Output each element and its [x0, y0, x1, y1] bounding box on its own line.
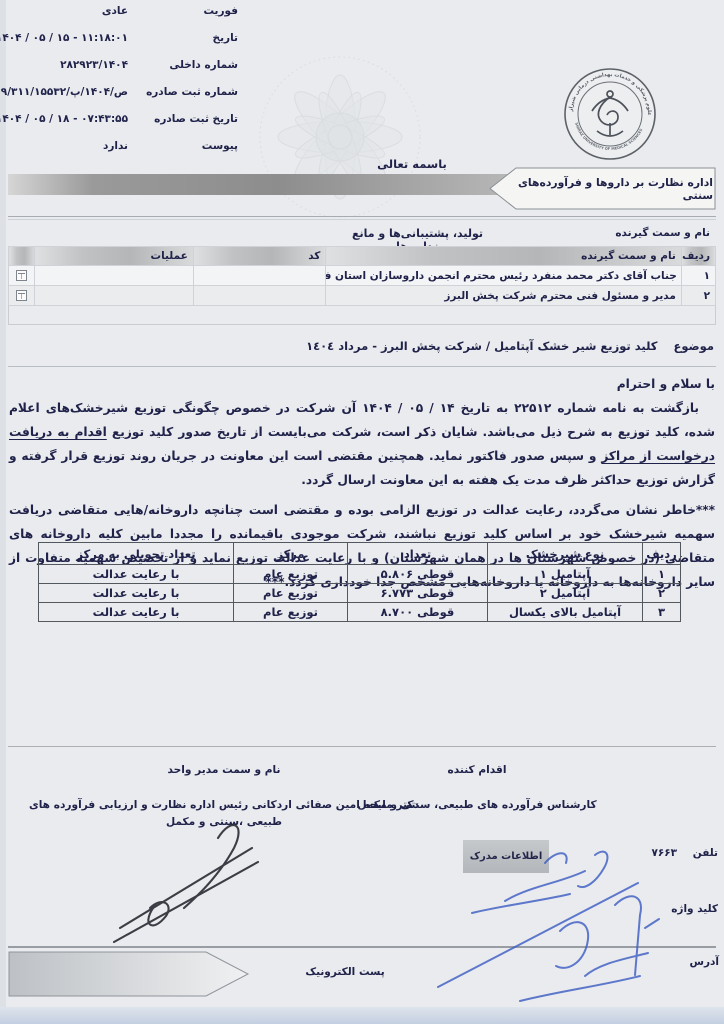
recipient-actions: [35, 266, 194, 286]
flower-watermark: [225, 45, 455, 230]
recipient-code: [193, 286, 326, 306]
meta-date: تاریخ ۱۴۰۴ / ۰۵ / ۱۵ - ۱۱:۱۸:۰۱: [0, 32, 238, 44]
center: توزیع عام: [234, 584, 348, 603]
address-label: آدرس: [689, 956, 719, 968]
distribution-row: ۳ آپتامیل بالای یکسال ۸.۷۰۰ قوطی توزیع ع…: [39, 603, 681, 622]
distribution-table-header: ردیف نوع شیرخشک تعداد مرکز تعداد تحویلی …: [39, 543, 681, 565]
meta-internal-number: شماره داخلی ۲۸۲۹۲۳/۱۴۰۴: [0, 59, 238, 71]
col-header-actions: عملیات: [35, 247, 194, 266]
recipient-name: جناب آقای دکتر محمد منفرد رئیس محترم انج…: [326, 266, 682, 286]
delivered: با رعایت عدالت: [39, 565, 234, 584]
row-detail-icon[interactable]: [16, 270, 27, 281]
recipient-code: [193, 266, 326, 286]
meta-value: ص/۱۴۰۴/پ/۹/۳۱۱/۱۵۵۳۲: [1, 86, 128, 98]
row-number: ۳: [643, 603, 681, 622]
delivered: با رعایت عدالت: [39, 603, 234, 622]
subject-text: کلید توزیع شیر خشک آپتامیل / شرکت پخش ال…: [306, 339, 657, 353]
meta-outgoing-date: تاریخ ثبت صادره ۱۴۰۴ / ۰۵ / ۱۸ - ۰۷:۴۳:۵…: [0, 113, 238, 125]
university-logo: دانشگاه علوم پزشکی و خدمات بهداشتی درمان…: [562, 66, 658, 162]
meta-value: ۱۴۰۴ / ۰۵ / ۱۵ - ۱۱:۱۸:۰۱: [0, 32, 128, 44]
subject-line: موضوع کلید توزیع شیر خشک آپتامیل / شرکت …: [306, 339, 714, 353]
center: توزیع عام: [234, 603, 348, 622]
delivered: با رعایت عدالت: [39, 584, 234, 603]
recipient-section-label: نام و سمت گیرنده: [615, 227, 710, 239]
recipient-name: مدیر و مسئول فنی محترم شرکت پخش البرز: [326, 286, 682, 306]
meta-label: پیوست: [144, 140, 238, 152]
recipient-actions: [35, 286, 194, 306]
col-header-delivered: تعداد تحویلی به مرکز: [39, 543, 234, 565]
handwritten-blue-note: [420, 843, 672, 1011]
meta-label: شماره داخلی: [144, 59, 238, 71]
row-detail-icon[interactable]: [16, 290, 27, 301]
quantity: ۶.۷۷۳ قوطی: [381, 586, 455, 600]
quantity: ۵.۸۰۶ قوطی: [381, 567, 455, 581]
meta-label: شماره ثبت صادره: [144, 86, 238, 98]
center: توزیع عام: [234, 565, 348, 584]
email-label: پست الکترونیک: [283, 966, 407, 978]
meta-priority: فوریت عادی: [0, 5, 238, 17]
recipients-table-header: ردیف نام و سمت گیرنده کد عملیات: [9, 247, 716, 266]
paragraph-1-text: بازگشت به نامه شماره ۲۲۵۱۲ به تاریخ ۱۴ /…: [9, 401, 715, 439]
department-tag-label: اداره نظارت بر داروها و فرآورده‌های سنتی: [518, 167, 713, 210]
col-header-name: نام و سمت گیرنده: [326, 247, 682, 266]
subject-label: موضوع: [673, 339, 714, 353]
col-header-quantity: تعداد: [348, 543, 488, 565]
milk-type: آپتامیل ۲: [488, 584, 643, 603]
meta-value: ۲۸۲۹۲۳/۱۴۰۴: [60, 59, 128, 71]
col-header-milk-type: نوع شیرخشک: [488, 543, 643, 565]
col-header-center: مرکز: [234, 543, 348, 565]
recipient-row-number: ۱: [681, 266, 715, 286]
recipient-row-number: ۲: [681, 286, 715, 306]
meta-value: ۱۴۰۴ / ۰۵ / ۱۸ - ۰۷:۴۳:۵۵: [0, 113, 128, 125]
greeting-line: با سلام و احترام: [9, 372, 715, 396]
quantity: ۸.۷۰۰ قوطی: [381, 605, 455, 619]
subject-rule: [8, 366, 716, 367]
double-rule: [8, 216, 716, 220]
recipients-table-spacer: [9, 306, 716, 325]
col-header-code: کد: [193, 247, 326, 266]
recipients-table: ردیف نام و سمت گیرنده کد عملیات ۱ جناب آ…: [8, 246, 716, 325]
distribution-table: ردیف نوع شیرخشک تعداد مرکز تعداد تحویلی …: [38, 542, 681, 622]
department-tag: اداره نظارت بر داروها و فرآورده‌های سنتی: [488, 167, 717, 210]
distribution-row: ۱ آپتامیل ۱ ۵.۸۰۶ قوطی توزیع عام با رعای…: [39, 565, 681, 584]
footer-arrow-band: [8, 951, 250, 997]
signature-divider: [8, 746, 716, 747]
keyword-label: کلید واژه: [671, 903, 718, 915]
scanned-letter-page: دانشگاه علوم پزشکی و خدمات بهداشتی درمان…: [0, 0, 724, 1024]
besmellah-text: باسمه تعالی: [362, 157, 462, 171]
col-header-row: ردیف: [643, 543, 681, 565]
meta-value: عادی: [102, 5, 128, 17]
recipient-row: ۱ جناب آقای دکتر محمد منفرد رئیس محترم ا…: [9, 266, 716, 286]
meta-label: تاریخ: [144, 32, 238, 44]
milk-type: آپتامیل بالای یکسال: [488, 603, 643, 622]
unit-manager-title: نام و سمت مدیر واحد: [26, 764, 422, 776]
row-number: ۲: [643, 584, 681, 603]
meta-label: تاریخ ثبت صادره: [144, 113, 238, 125]
meta-value: ندارد: [103, 140, 128, 152]
col-header-row: ردیف: [681, 247, 715, 266]
scan-bottom-edge: [0, 1007, 724, 1024]
letter-metadata: فوریت عادی تاریخ ۱۴۰۴ / ۰۵ / ۱۵ - ۱۱:۱۸:…: [0, 5, 238, 167]
distribution-row: ۲ آپتامیل ۲ ۶.۷۷۳ قوطی توزیع عام با رعای…: [39, 584, 681, 603]
col-header-blank: [9, 247, 35, 266]
meta-label: فوریت: [144, 5, 238, 17]
handwritten-signature: [100, 812, 280, 947]
recipient-row: ۲ مدیر و مسئول فنی محترم شرکت پخش البرز: [9, 286, 716, 306]
row-number: ۱: [643, 565, 681, 584]
milk-type: آپتامیل ۱: [488, 565, 643, 584]
paragraph-1: بازگشت به نامه شماره ۲۲۵۱۲ به تاریخ ۱۴ /…: [9, 396, 715, 492]
meta-outgoing-number: شماره ثبت صادره ص/۱۴۰۴/پ/۹/۳۱۱/۱۵۵۳۲: [0, 86, 238, 98]
phone-label: تلفن: [693, 847, 718, 859]
meta-attachment: پیوست ندارد: [0, 140, 238, 152]
